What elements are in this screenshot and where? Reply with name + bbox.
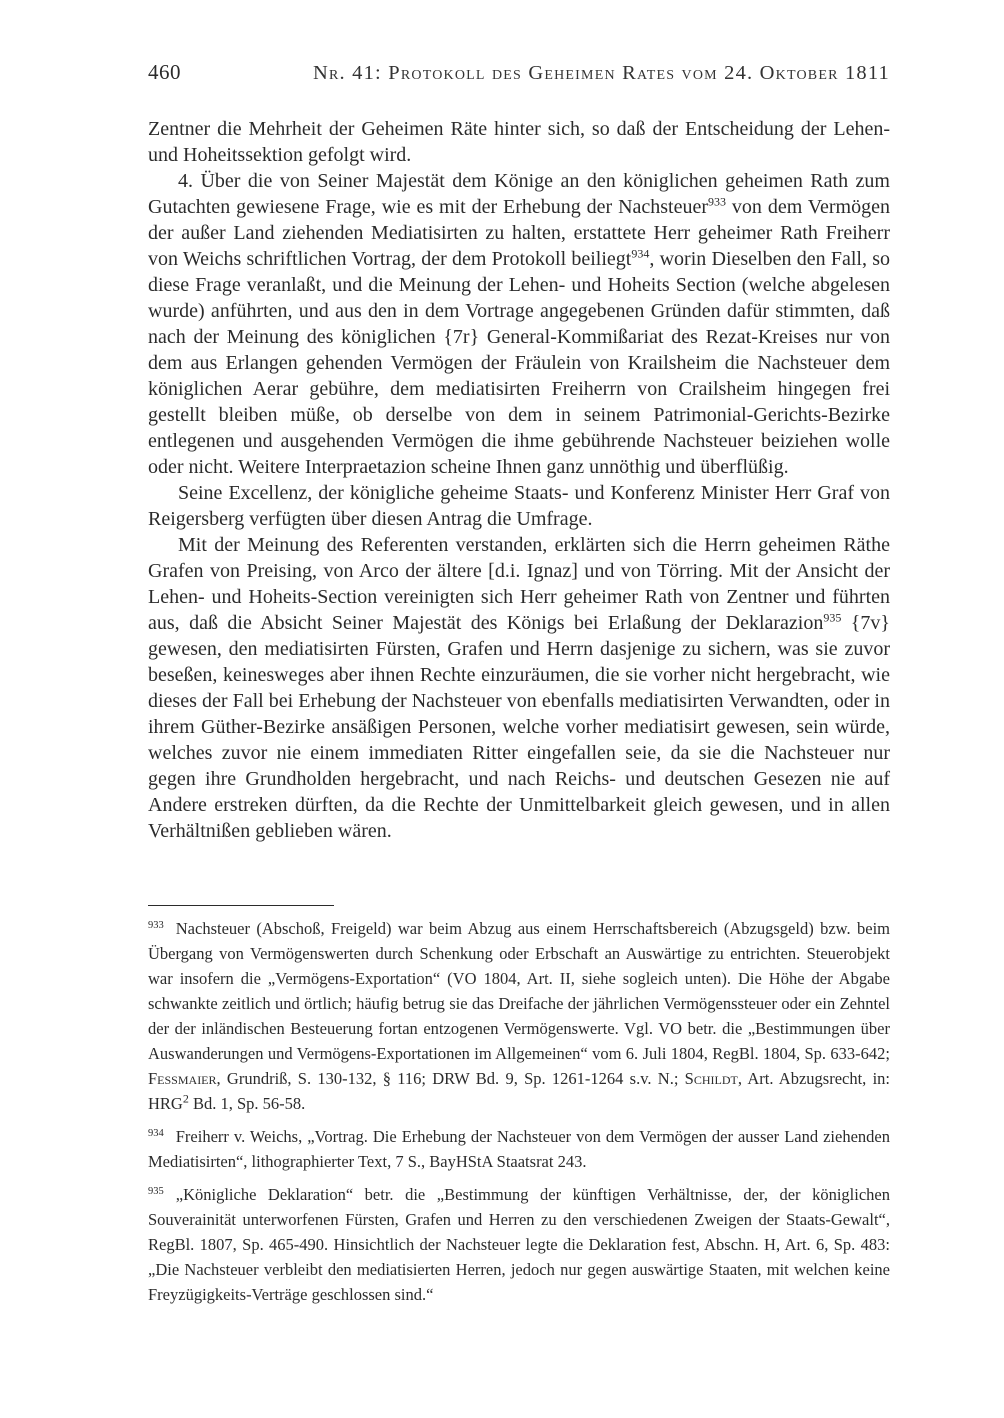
main-text-block: Zentner die Mehrheit der Geheimen Räte h… bbox=[148, 116, 890, 844]
running-header: 460 Nr. 41: Protokoll des Geheimen Rates… bbox=[148, 60, 890, 85]
footnote-reference: 935 bbox=[823, 610, 841, 624]
page-number: 460 bbox=[148, 60, 181, 85]
body-paragraph: Zentner die Mehrheit der Geheimen Räte h… bbox=[148, 116, 890, 168]
body-paragraph: Mit der Meinung des Referenten verstande… bbox=[148, 532, 890, 844]
footnote-reference: 933 bbox=[708, 194, 726, 208]
document-page: 460 Nr. 41: Protokoll des Geheimen Rates… bbox=[0, 0, 1004, 1418]
footnote-inline-superscript: 2 bbox=[183, 1092, 189, 1106]
footnote-marker: 934 bbox=[148, 1128, 164, 1139]
footnotes-block: 933Nachsteuer (Abschoß, Freigeld) war be… bbox=[148, 916, 890, 1315]
footnote: 934Freiherr v. Weichs, „Vortrag. Die Erh… bbox=[148, 1124, 890, 1174]
footnote: 935„Königliche Deklaration“ betr. die „B… bbox=[148, 1182, 890, 1307]
author-name-smallcaps: Schildt bbox=[685, 1069, 738, 1088]
body-paragraph: 4. Über die von Seiner Majestät dem Köni… bbox=[148, 168, 890, 480]
footnote-marker: 935 bbox=[148, 1186, 164, 1197]
footnote-marker: 933 bbox=[148, 920, 164, 931]
footnote-reference: 934 bbox=[631, 246, 649, 260]
body-paragraph: Seine Excellenz, der königliche geheime … bbox=[148, 480, 890, 532]
running-header-title: Nr. 41: Protokoll des Geheimen Rates vom… bbox=[313, 62, 890, 85]
footnote-separator-rule bbox=[148, 905, 334, 906]
footnote: 933Nachsteuer (Abschoß, Freigeld) war be… bbox=[148, 916, 890, 1116]
author-name-smallcaps: Fessmaier bbox=[148, 1069, 217, 1088]
